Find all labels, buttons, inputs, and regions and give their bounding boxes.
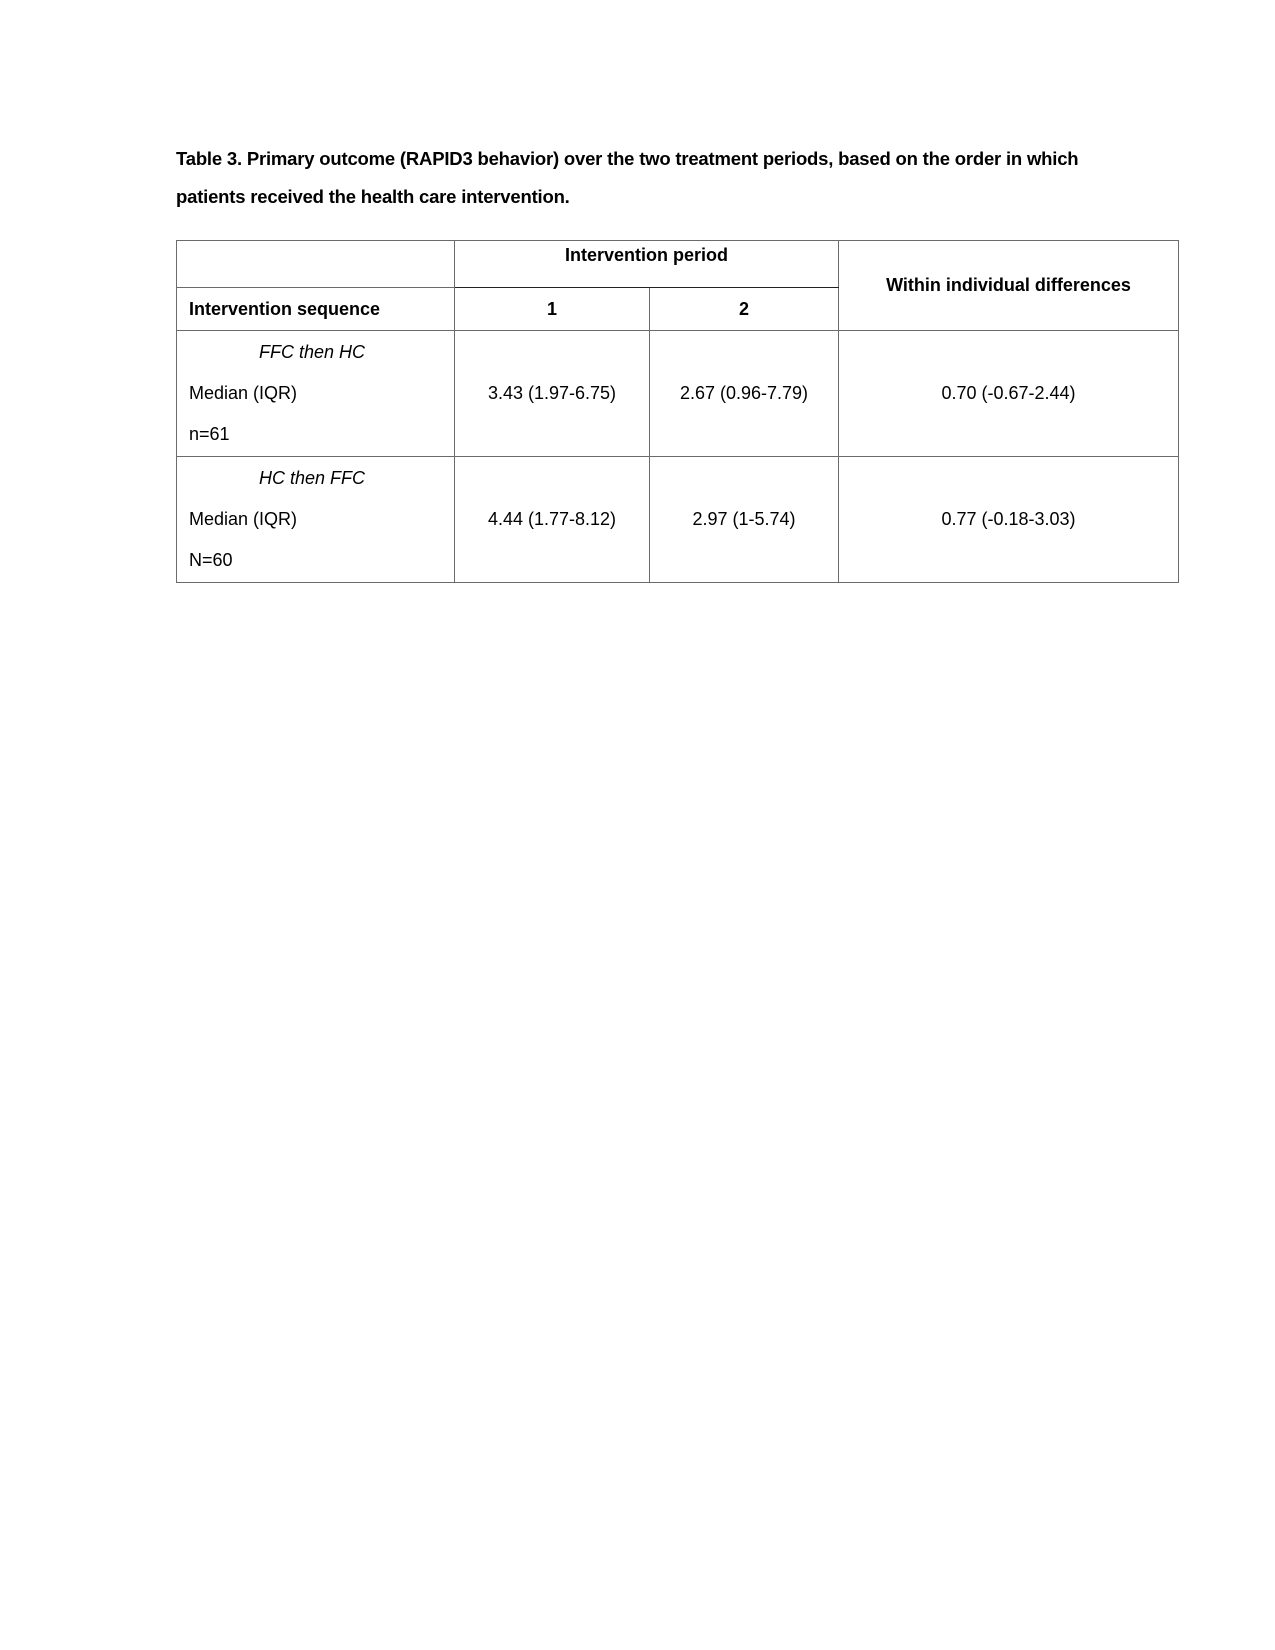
- row-label-cell: FFC then HC Median (IQR) n=61: [177, 331, 455, 457]
- table-caption: Table 3. Primary outcome (RAPID3 behavio…: [176, 140, 1116, 216]
- sequence-name: FFC then HC: [189, 331, 454, 373]
- stat-label: Median (IQR): [189, 373, 454, 414]
- table-row: HC then FFC Median (IQR) N=60 4.44 (1.77…: [177, 457, 1179, 583]
- table-row: FFC then HC Median (IQR) n=61 3.43 (1.97…: [177, 331, 1179, 457]
- intervention-period-header: Intervention period: [455, 241, 839, 288]
- empty-header-cell: [177, 241, 455, 288]
- differences-header: Within individual differences: [839, 241, 1179, 331]
- caption-line-2: patients received the health care interv…: [176, 178, 1116, 216]
- caption-line-1: Table 3. Primary outcome (RAPID3 behavio…: [176, 140, 1116, 178]
- results-table: Intervention period Within individual di…: [176, 240, 1179, 583]
- stat-label: Median (IQR): [189, 499, 454, 540]
- period-2-value: 2.67 (0.96-7.79): [650, 331, 839, 457]
- sequence-header: Intervention sequence: [177, 288, 455, 331]
- header-row-1: Intervention period Within individual di…: [177, 241, 1179, 288]
- difference-value: 0.70 (-0.67-2.44): [839, 331, 1179, 457]
- sample-size: N=60: [189, 540, 454, 581]
- period-1-value: 3.43 (1.97-6.75): [455, 331, 650, 457]
- period-1-header: 1: [455, 288, 650, 331]
- period-1-value: 4.44 (1.77-8.12): [455, 457, 650, 583]
- period-2-header: 2: [650, 288, 839, 331]
- difference-value: 0.77 (-0.18-3.03): [839, 457, 1179, 583]
- sample-size: n=61: [189, 414, 454, 455]
- sequence-name: HC then FFC: [189, 457, 454, 499]
- row-label-cell: HC then FFC Median (IQR) N=60: [177, 457, 455, 583]
- period-2-value: 2.97 (1-5.74): [650, 457, 839, 583]
